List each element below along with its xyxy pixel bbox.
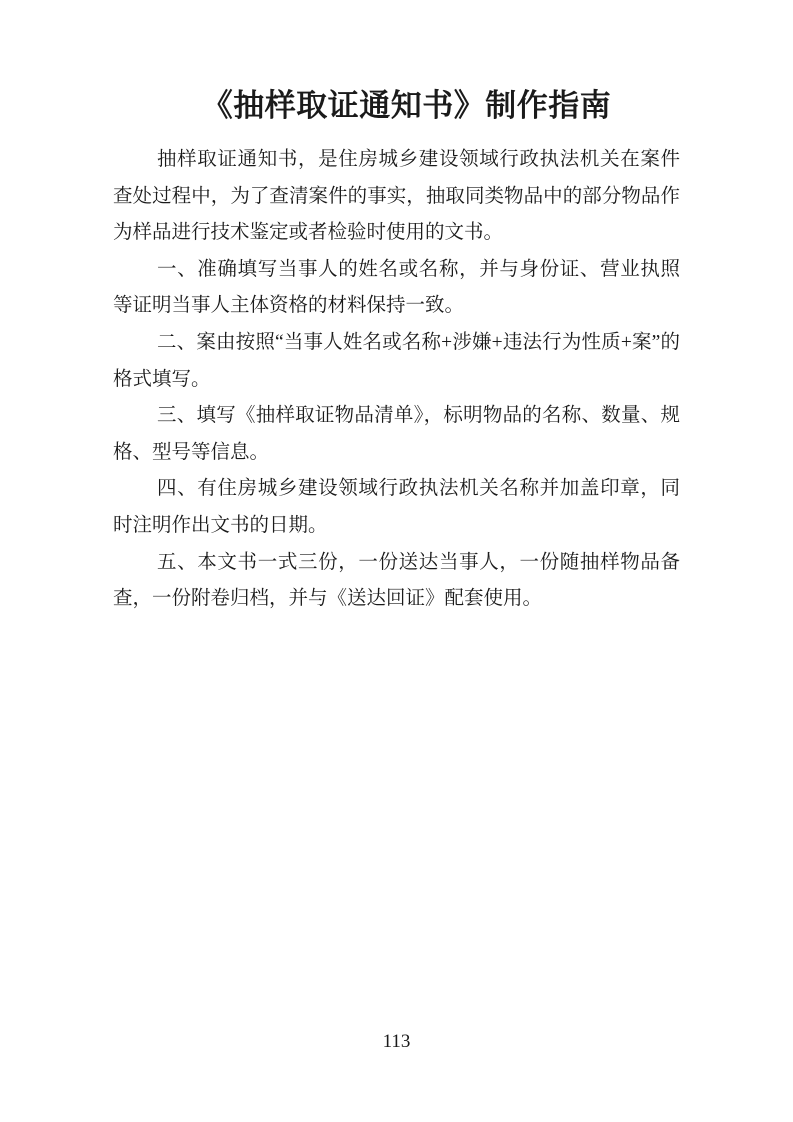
document-content: 《抽样取证通知书》制作指南 抽样取证通知书，是住房城乡建设领域行政执法机关在案件… (113, 84, 680, 618)
paragraph-item-3: 三、填写《抽样取证物品清单》，标明物品的名称、数量、规格、型号等信息。 (113, 398, 680, 471)
document-body: 抽样取证通知书，是住房城乡建设领域行政执法机关在案件查处过程中，为了查清案件的事… (113, 142, 680, 618)
document-page: 《抽样取证通知书》制作指南 抽样取证通知书，是住房城乡建设领域行政执法机关在案件… (0, 0, 793, 1122)
document-title: 《抽样取证通知书》制作指南 (123, 84, 690, 128)
paragraph-item-5: 五、本文书一式三份，一份送达当事人，一份随抽样物品备查，一份附卷归档，并与《送达… (113, 545, 680, 618)
paragraph-item-1: 一、准确填写当事人的姓名或名称，并与身份证、营业执照等证明当事人主体资格的材料保… (113, 252, 680, 325)
paragraph-intro: 抽样取证通知书，是住房城乡建设领域行政执法机关在案件查处过程中，为了查清案件的事… (113, 142, 680, 252)
paragraph-item-2: 二、案由按照“当事人姓名或名称+涉嫌+违法行为性质+案”的格式填写。 (113, 325, 680, 398)
paragraph-item-4: 四、有住房城乡建设领域行政执法机关名称并加盖印章，同时注明作出文书的日期。 (113, 471, 680, 544)
page-number: 113 (0, 1030, 793, 1054)
